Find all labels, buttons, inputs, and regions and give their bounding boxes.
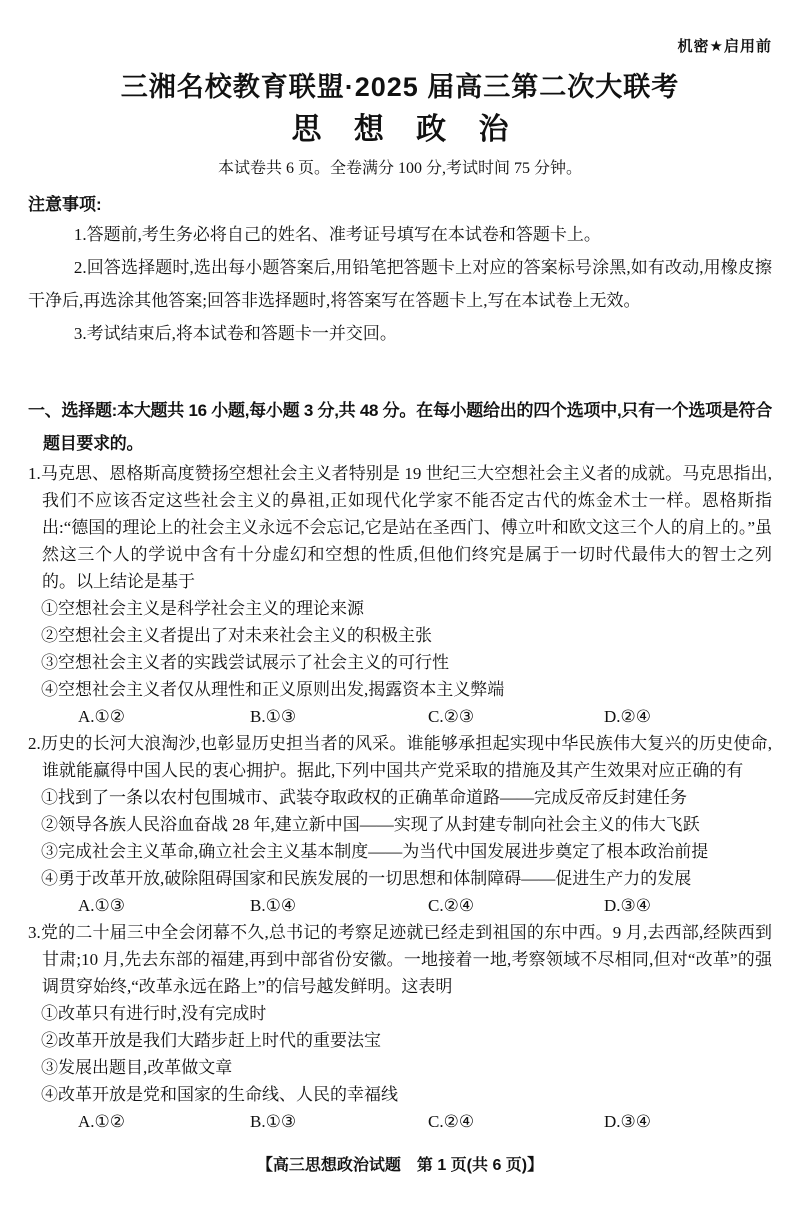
- exam-title: 三湘名校教育联盟·2025 届高三第二次大联考: [28, 70, 772, 104]
- paper-info: 本试卷共 6 页。全卷满分 100 分,考试时间 75 分钟。: [28, 158, 772, 180]
- statement-2: ②空想社会主义者提出了对未来社会主义的积极主张: [28, 622, 772, 649]
- page-footer: 【高三思想政治试题 第 1 页(共 6 页)】: [0, 1155, 800, 1177]
- options-row: A.①② B.①③ C.②③ D.②④: [28, 703, 772, 730]
- option-b: B.①③: [250, 703, 428, 730]
- question-stem: 3.党的二十届三中全会闭幕不久,总书记的考察足迹就已经走到祖国的东中西。9 月,…: [28, 919, 772, 1000]
- statement-2: ②领导各族人民浴血奋战 28 年,建立新中国——实现了从封建专制向社会主义的伟大…: [28, 811, 772, 838]
- statement-4: ④空想社会主义者仅从理性和正义原则出发,揭露资本主义弊端: [28, 676, 772, 703]
- option-c: C.②③: [428, 703, 604, 730]
- question-stem-text: 党的二十届三中全会闭幕不久,总书记的考察足迹就已经走到祖国的东中西。9 月,去西…: [41, 923, 772, 996]
- statement-1: ①找到了一条以农村包围城市、武装夺取政权的正确革命道路——完成反帝反封建任务: [28, 784, 772, 811]
- note-item-1: 1.答题前,考生务必将自己的姓名、准考证号填写在本试卷和答题卡上。: [28, 218, 772, 251]
- options-row: A.①③ B.①④ C.②④ D.③④: [28, 892, 772, 919]
- option-a: A.①②: [78, 703, 250, 730]
- question-number: 3.: [28, 923, 41, 942]
- question-stem: 2.历史的长河大浪淘沙,也彰显历史担当者的风采。谁能够承担起实现中华民族伟大复兴…: [28, 730, 772, 784]
- option-d: D.③④: [604, 892, 772, 919]
- subject-title: 思 想 政 治: [28, 110, 772, 150]
- exam-page: 机密★启用前 三湘名校教育联盟·2025 届高三第二次大联考 思 想 政 治 本…: [0, 0, 800, 1221]
- question-number: 1.: [28, 464, 41, 483]
- statement-2: ②改革开放是我们大踏步赶上时代的重要法宝: [28, 1027, 772, 1054]
- option-b: B.①③: [250, 1108, 428, 1135]
- option-a: A.①③: [78, 892, 250, 919]
- statement-4: ④勇于改革开放,破除阻碍国家和民族发展的一切思想和体制障碍——促进生产力的发展: [28, 865, 772, 892]
- option-d: D.②④: [604, 703, 772, 730]
- question-3: 3.党的二十届三中全会闭幕不久,总书记的考察足迹就已经走到祖国的东中西。9 月,…: [28, 919, 772, 1135]
- note-item-3: 3.考试结束后,将本试卷和答题卡一并交回。: [28, 317, 772, 350]
- question-stem-text: 历史的长河大浪淘沙,也彰显历史担当者的风采。谁能够承担起实现中华民族伟大复兴的历…: [41, 734, 772, 780]
- statement-3: ③完成社会主义革命,确立社会主义基本制度——为当代中国发展进步奠定了根本政治前提: [28, 838, 772, 865]
- statement-1: ①改革只有进行时,没有完成时: [28, 1000, 772, 1027]
- statement-3: ③发展出题目,改革做文章: [28, 1054, 772, 1081]
- confidential-label: 机密★启用前: [28, 38, 772, 56]
- option-a: A.①②: [78, 1108, 250, 1135]
- option-b: B.①④: [250, 892, 428, 919]
- question-stem-text: 马克思、恩格斯高度赞扬空想社会主义者特别是 19 世纪三大空想社会主义者的成就。…: [41, 464, 772, 591]
- note-item-2: 2.回答选择题时,选出每小题答案后,用铅笔把答题卡上对应的答案标号涂黑,如有改动…: [28, 251, 772, 317]
- statement-4: ④改革开放是党和国家的生命线、人民的幸福线: [28, 1081, 772, 1108]
- options-row: A.①② B.①③ C.②④ D.③④: [28, 1108, 772, 1135]
- section-heading: 一、选择题:本大题共 16 小题,每小题 3 分,共 48 分。在每小题给出的四…: [28, 394, 772, 460]
- question-number: 2.: [28, 734, 41, 753]
- option-c: C.②④: [428, 892, 604, 919]
- question-1: 1.马克思、恩格斯高度赞扬空想社会主义者特别是 19 世纪三大空想社会主义者的成…: [28, 460, 772, 730]
- question-stem: 1.马克思、恩格斯高度赞扬空想社会主义者特别是 19 世纪三大空想社会主义者的成…: [28, 460, 772, 595]
- option-d: D.③④: [604, 1108, 772, 1135]
- notes-heading: 注意事项:: [28, 192, 772, 218]
- question-2: 2.历史的长河大浪淘沙,也彰显历史担当者的风采。谁能够承担起实现中华民族伟大复兴…: [28, 730, 772, 919]
- option-c: C.②④: [428, 1108, 604, 1135]
- statement-3: ③空想社会主义者的实践尝试展示了社会主义的可行性: [28, 649, 772, 676]
- statement-1: ①空想社会主义是科学社会主义的理论来源: [28, 595, 772, 622]
